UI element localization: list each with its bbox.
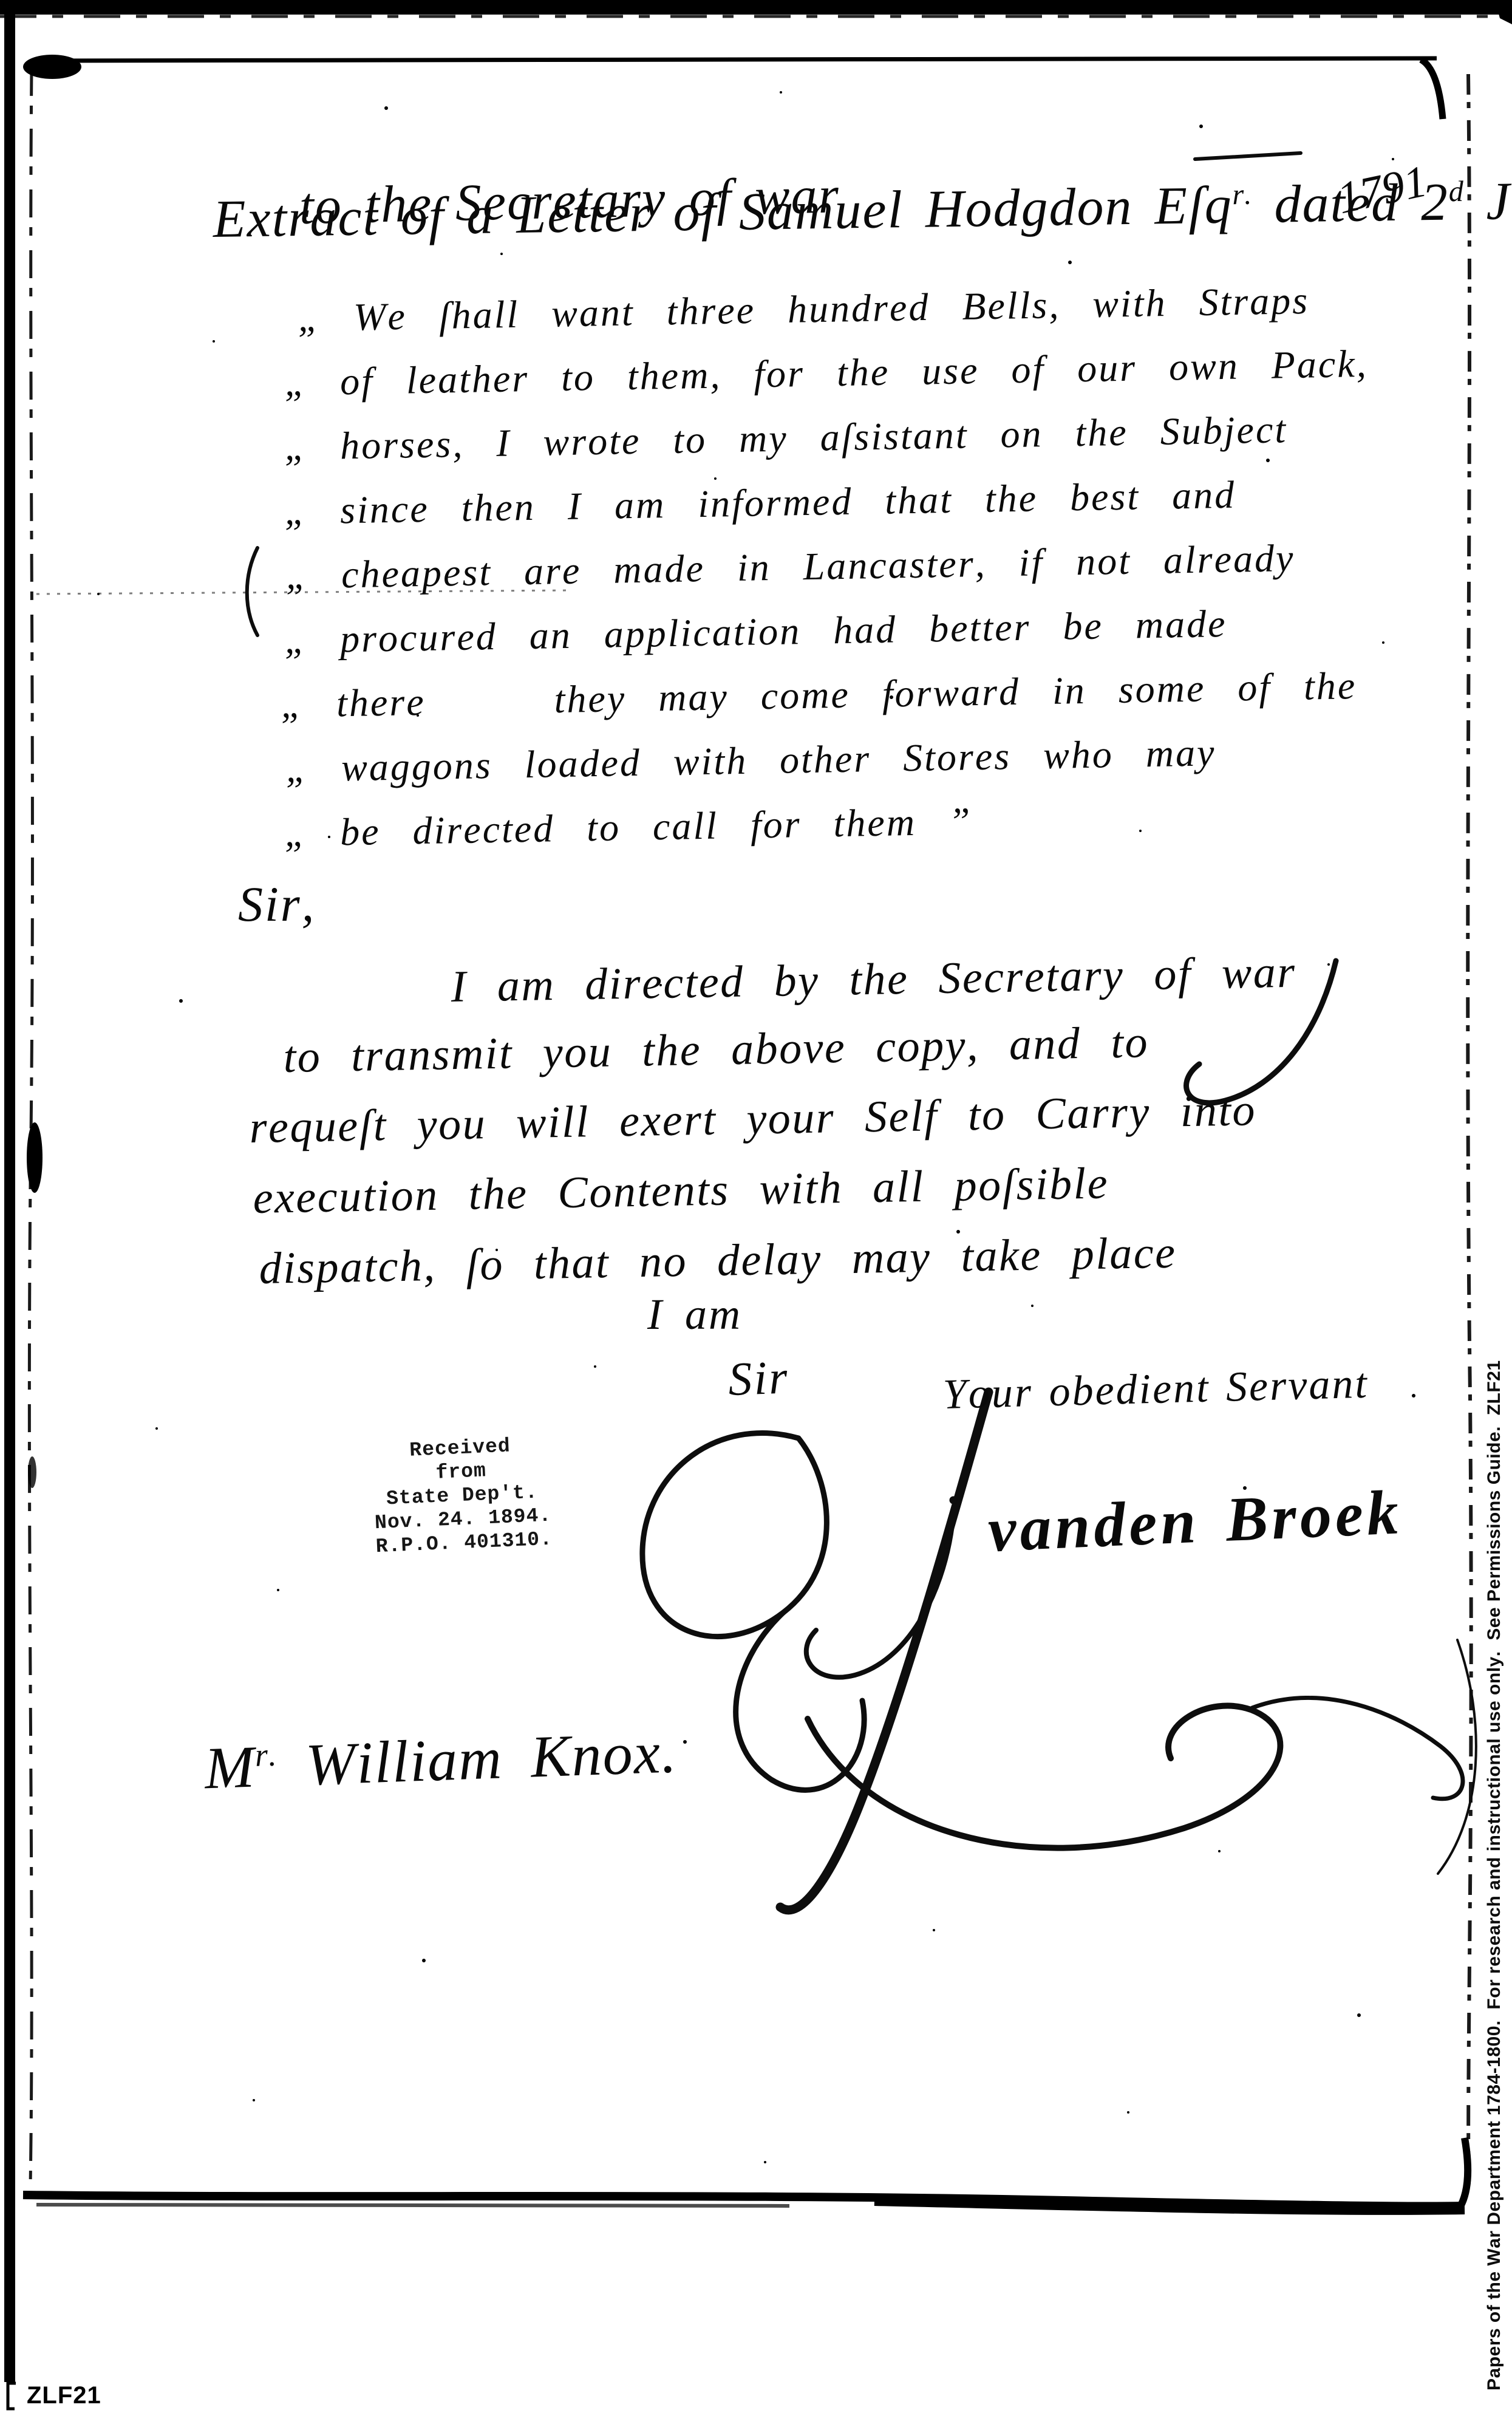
addressee-name: William Knox. bbox=[276, 1719, 678, 1799]
addressee-line: Mr. William Knox. bbox=[89, 1663, 680, 1862]
heading-text-3: July bbox=[1464, 171, 1512, 232]
closing-phrase: Your obedient Servant bbox=[942, 1363, 1369, 1416]
addressee-prefix: M bbox=[203, 1735, 256, 1802]
signature-flourish bbox=[642, 1392, 1476, 1910]
archive-code-label: ZLF21 bbox=[27, 2382, 101, 2409]
salutation: Sir, bbox=[238, 879, 316, 929]
scanned-letter-page: Extract of a Letter of Samuel Hodgdon Eſ… bbox=[0, 0, 1512, 2413]
heading-superscript-2d: d bbox=[1448, 176, 1464, 208]
closing-i-am: I am bbox=[647, 1292, 742, 1336]
heading-superscript-esqr: r. bbox=[1232, 179, 1253, 211]
closing-sir: Sir bbox=[727, 1354, 790, 1403]
addressee-superscript: r. bbox=[254, 1736, 278, 1773]
letter-heading-line2: to the Secretary of war bbox=[299, 168, 840, 232]
sidebar-attribution: Papers of the War Department 1784-1800. … bbox=[1484, 1360, 1505, 2391]
received-stamp: Received from State Dep't. Nov. 24. 1894… bbox=[359, 1433, 565, 1560]
